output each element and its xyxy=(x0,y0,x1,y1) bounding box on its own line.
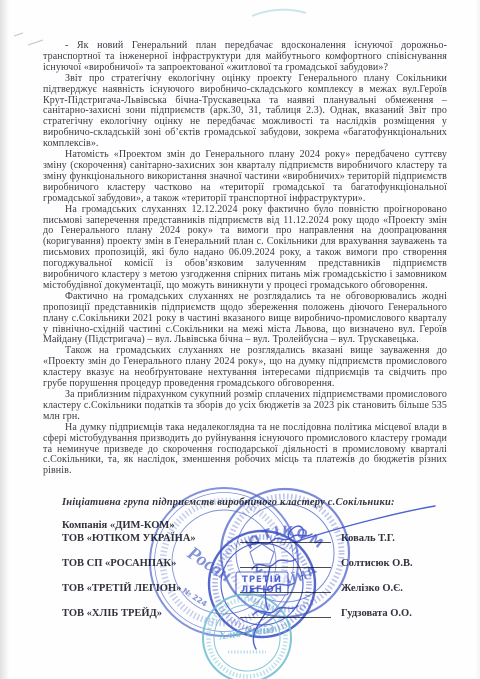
paragraph: Натомість «Проектом змін до Генерального… xyxy=(43,150,447,205)
signature-row: Компанія «ДИМ-КОМ» ТОВ «ЮТІКОМ УКРАЇНА» … xyxy=(62,520,446,545)
paragraph: На громадських слуханнях 12.12.2024 року… xyxy=(43,205,447,292)
signatory-name: Солтисюк О.В. xyxy=(341,558,446,570)
signature-row: ТОВ «ТРЕТІЙ ЛЕГІОН» Желізко О.Є. xyxy=(62,579,446,595)
signature-line xyxy=(240,604,331,618)
signatory-name: Коваль Т.Г. xyxy=(341,533,446,545)
paragraph: За приблизним підрахунком сукупний розмі… xyxy=(43,390,447,423)
scan-artifact-arc xyxy=(252,10,306,16)
pencil-marks xyxy=(14,33,43,45)
signatory-name: Гудзовата О.О. xyxy=(341,608,446,620)
company-name: ТОВ «ЮТІКОМ УКРАЇНА» xyxy=(62,533,240,546)
signature-line xyxy=(240,579,331,593)
paragraph: На думку підприємців така недалекоглядна… xyxy=(43,423,447,478)
signatory-name: Желізко О.Є. xyxy=(341,583,446,595)
signature-row: ТОВ «ХЛІБ ТРЕЙД» Гудзовата О.О. xyxy=(62,604,446,620)
paragraph: Також на громадських слуханнях не розгля… xyxy=(43,346,447,390)
paragraph: Фактично на громадських слуханнях не роз… xyxy=(43,292,447,347)
signature-line xyxy=(240,554,331,568)
company-name: ТОВ «ТРЕТІЙ ЛЕГІОН» xyxy=(62,583,240,596)
company-name: ТОВ «ХЛІБ ТРЕЙД» xyxy=(62,608,240,621)
company-name: Компанія «ДИМ-КОМ» xyxy=(62,520,240,533)
signature-heading: Ініціативна група підприємств виробничог… xyxy=(62,497,446,508)
signature-section: Ініціативна група підприємств виробничог… xyxy=(62,497,446,629)
paragraph: - Як новий Генеральний план передбачає в… xyxy=(43,41,447,74)
paragraph: Звіт про стратегічну екологічну оцінку п… xyxy=(43,74,447,150)
scanned-document-page: - Як новий Генеральний план передбачає в… xyxy=(0,0,480,679)
signature-row: ТОВ СП «РОСАНПАК» Солтисюк О.В. xyxy=(62,554,446,570)
signature-line xyxy=(240,529,331,543)
document-body: - Як новий Генеральний план передбачає в… xyxy=(43,41,447,477)
company-name: ТОВ СП «РОСАНПАК» xyxy=(62,558,240,571)
